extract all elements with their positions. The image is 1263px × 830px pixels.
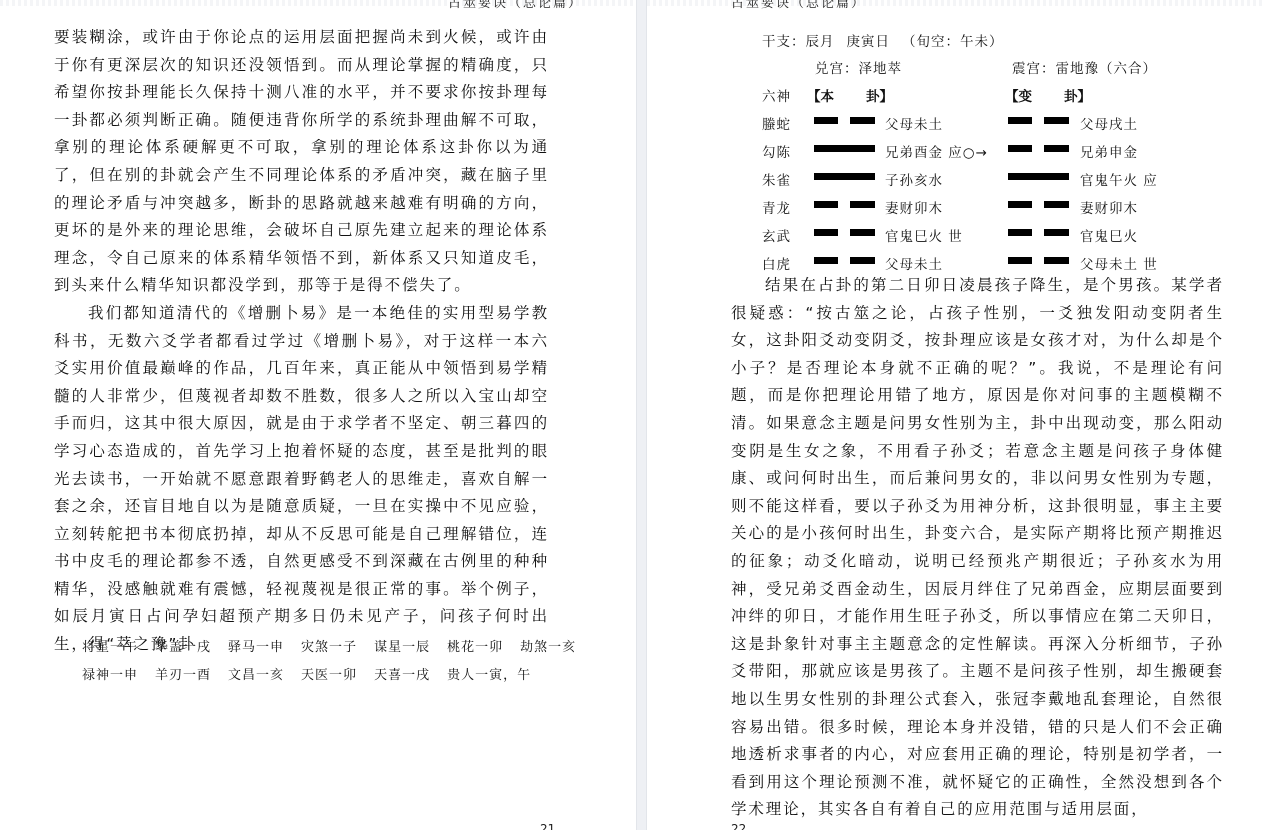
yao-row: 青龙 妻财卯木 妻财卯木 <box>647 191 1263 219</box>
liushen-name: 朱雀 <box>762 169 791 189</box>
original-line-label: 妻财卯木 <box>885 197 943 217</box>
changed-line-label: 兄弟申金 <box>1080 141 1138 161</box>
shensha-item: 驿马一申 <box>228 636 284 655</box>
right-page: 占筮要诀（总论篇） 干支：辰月庚寅日（旬空：午未） 兑宫：泽地萃 震宫：雷地豫（… <box>647 0 1263 830</box>
changed-line-label: 妻财卯木 <box>1080 197 1138 217</box>
shensha-item: 文昌一亥 <box>228 664 284 683</box>
original-line-label: 官鬼巳火 世 <box>885 225 963 245</box>
liushen-name: 螣蛇 <box>762 113 791 133</box>
original-line-label: 子孙亥水 <box>885 169 943 189</box>
changed-line-label: 父母未土 世 <box>1080 253 1158 273</box>
ganzhi-day: 庚寅日 <box>847 34 891 50</box>
shensha-row-2: 禄神一申羊刃一酉文昌一亥天医一卯天喜一戌贵人一寅，午 <box>82 664 548 683</box>
palace-changed: 震宫：雷地豫（六合） <box>1012 57 1157 77</box>
page-gutter <box>636 0 647 830</box>
liushen-name: 青龙 <box>762 197 791 217</box>
changed-line-label: 官鬼午火 应 <box>1080 169 1158 189</box>
page-number: 21 <box>540 822 555 830</box>
paragraph: 要装糊涂，或许由于你论点的运用层面把握尚未到火候，或许由于你有更深层次的知识还没… <box>54 24 549 300</box>
liushen-name: 白虎 <box>762 253 791 273</box>
shensha-item: 灾煞一子 <box>301 636 357 655</box>
ganzhi-month: 辰月 <box>806 34 835 50</box>
header-open: 【变 <box>1005 89 1032 105</box>
paragraph: 结果在占卦的第二日卯日凌晨孩子降生，是个男孩。某学者很疑惑：“按古筮之论，占孩子… <box>731 272 1224 824</box>
yao-row: 勾陈 兄弟酉金 应○→ 兄弟申金 <box>647 135 1263 163</box>
shensha-item: 谋星一辰 <box>374 636 430 655</box>
original-line-label: 父母未土 <box>885 253 943 273</box>
shensha-item: 桃花一卯 <box>447 636 503 655</box>
shensha-item: 禄神一申 <box>82 664 138 683</box>
shensha-item: 羊刃一酉 <box>155 664 211 683</box>
yao-row: 白虎 父母未土 父母未土 世 <box>647 247 1263 275</box>
shensha-row-1: 将星一午华盖一戌驿马一申灾煞一子谋星一辰桃花一卯劫煞一亥 <box>82 636 593 655</box>
header-open: 【本 <box>807 89 834 105</box>
shensha-item: 将星一午 <box>82 636 138 655</box>
shensha-item: 天医一卯 <box>301 664 357 683</box>
shensha-item: 华盖一戌 <box>155 636 211 655</box>
left-body-text: 要装糊涂，或许由于你论点的运用层面把握尚未到火候，或许由于你有更深层次的知识还没… <box>54 24 549 659</box>
running-header: 占筮要诀（总论篇） <box>448 0 583 11</box>
yao-row: 朱雀 子孙亥水 官鬼午火 应 <box>647 163 1263 191</box>
right-body-text: 结果在占卦的第二日卯日凌晨孩子降生，是个男孩。某学者很疑惑：“按古筮之论，占孩子… <box>731 272 1224 824</box>
left-page: 占筮要诀（总论篇） 要装糊涂，或许由于你论点的运用层面把握尚未到火候，或许由于你… <box>0 0 636 830</box>
liushen-name: 勾陈 <box>762 141 791 161</box>
yao-row: 玄武 官鬼巳火 世 官鬼巳火 <box>647 219 1263 247</box>
header-close: 卦】 <box>866 89 893 105</box>
palace-original: 兑宫：泽地萃 <box>815 57 902 77</box>
ganzhi-label: 干支： <box>762 34 806 50</box>
header-close: 卦】 <box>1064 89 1091 105</box>
yao-row: 螣蛇 父母未土 父母戌土 <box>647 107 1263 135</box>
ganzhi-line: 干支：辰月庚寅日（旬空：午未） <box>762 30 1016 50</box>
changed-line-label: 父母戌土 <box>1080 113 1138 133</box>
original-line-label: 父母未土 <box>885 113 943 133</box>
liushen-name: 玄武 <box>762 225 791 245</box>
changed-line-label: 官鬼巳火 <box>1080 225 1138 245</box>
liushen-header: 六神 <box>762 85 791 105</box>
shensha-item: 劫煞一亥 <box>520 636 576 655</box>
shensha-item: 贵人一寅，午 <box>447 664 531 683</box>
paragraph: 我们都知道清代的《增删卜易》是一本绝佳的实用型易学教科书，无数六爻学者都看过学过… <box>54 300 549 659</box>
shensha-item: 天喜一戌 <box>374 664 430 683</box>
page-number: 22 <box>731 822 746 830</box>
ganzhi-xunkong: （旬空：午未） <box>902 34 1004 50</box>
original-line-label: 兄弟酉金 应○→ <box>885 141 988 161</box>
changed-hexagram-header: 【变卦】 <box>1005 85 1091 105</box>
original-hexagram-header: 【本卦】 <box>807 85 893 105</box>
running-header: 占筮要诀（总论篇） <box>731 0 866 11</box>
